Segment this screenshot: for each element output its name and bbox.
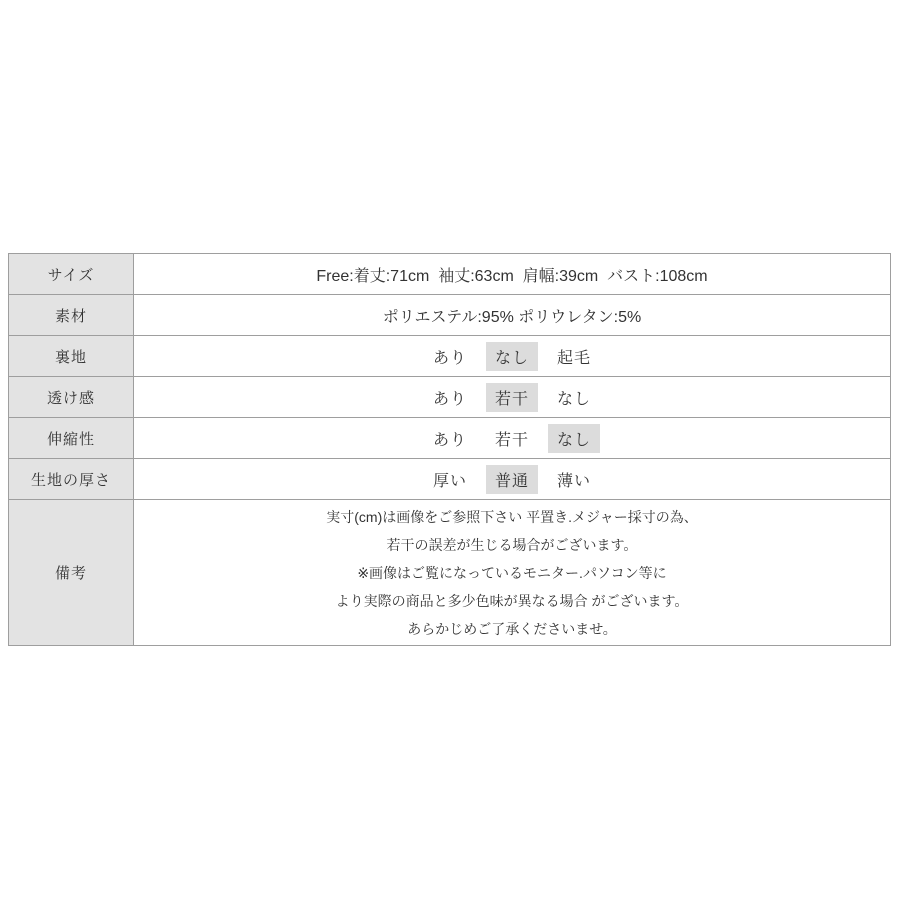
option-usui: 薄い (548, 465, 600, 494)
stretch-options: あり 若干 なし (134, 418, 890, 458)
table-row-remarks: 備考 実寸(cm)は画像をご参照下さい 平置き.メジャー採寸の為、 若干の誤差が… (9, 499, 890, 645)
row-label-lining: 裏地 (9, 336, 134, 376)
remark-line: 若干の誤差が生じる場合がございます。 (387, 531, 638, 559)
remark-line: より実際の商品と多少色味が異なる場合 がございます。 (336, 587, 689, 615)
spec-table: サイズ Free:着丈:71cm 袖丈:63cm 肩幅:39cm バスト:108… (8, 253, 891, 646)
remark-line: あらかじめご了承くださいませ。 (407, 615, 617, 643)
sheerness-options: あり 若干 なし (134, 377, 890, 417)
lining-options: あり なし 起毛 (134, 336, 890, 376)
option-ari: あり (424, 424, 476, 453)
row-label-thickness: 生地の厚さ (9, 459, 134, 499)
option-atsui: 厚い (424, 465, 476, 494)
option-nashi: なし (548, 424, 600, 453)
option-jakkan: 若干 (486, 424, 538, 453)
remark-line: ※画像はご覧になっているモニター.パソコン等に (357, 559, 666, 587)
size-value: Free:着丈:71cm 袖丈:63cm 肩幅:39cm バスト:108cm (134, 254, 890, 294)
product-spec-page: サイズ Free:着丈:71cm 袖丈:63cm 肩幅:39cm バスト:108… (0, 0, 900, 900)
option-jakkan: 若干 (486, 383, 538, 412)
remarks-text: 実寸(cm)は画像をご参照下さい 平置き.メジャー採寸の為、 若干の誤差が生じる… (134, 500, 890, 645)
row-label-sheerness: 透け感 (9, 377, 134, 417)
table-row-material: 素材 ポリエステル:95% ポリウレタン:5% (9, 294, 890, 335)
table-row-lining: 裏地 あり なし 起毛 (9, 335, 890, 376)
option-futsuu: 普通 (486, 465, 538, 494)
option-nashi: なし (486, 342, 538, 371)
row-label-size: サイズ (9, 254, 134, 294)
table-row-thickness: 生地の厚さ 厚い 普通 薄い (9, 458, 890, 499)
table-row-size: サイズ Free:着丈:71cm 袖丈:63cm 肩幅:39cm バスト:108… (9, 254, 890, 294)
option-kimou: 起毛 (548, 342, 600, 371)
row-label-stretch: 伸縮性 (9, 418, 134, 458)
table-row-stretch: 伸縮性 あり 若干 なし (9, 417, 890, 458)
remark-line: 実寸(cm)は画像をご参照下さい 平置き.メジャー採寸の為、 (326, 503, 697, 531)
option-ari: あり (424, 342, 476, 371)
row-label-remarks: 備考 (9, 500, 134, 645)
option-ari: あり (424, 383, 476, 412)
thickness-options: 厚い 普通 薄い (134, 459, 890, 499)
option-nashi: なし (548, 383, 600, 412)
table-row-sheerness: 透け感 あり 若干 なし (9, 376, 890, 417)
row-label-material: 素材 (9, 295, 134, 335)
material-value: ポリエステル:95% ポリウレタン:5% (134, 295, 890, 335)
